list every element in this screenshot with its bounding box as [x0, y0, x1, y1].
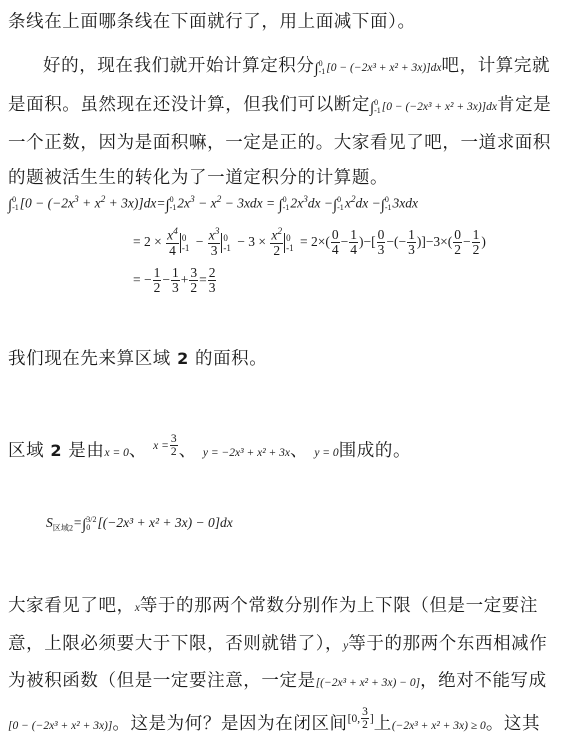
expression: [(−2x³ + x² + 3x) − 0]	[316, 677, 420, 689]
paragraph-line: 是面积。虽然现在还没计算，但我们可以断定∫0-1[0 − (−2x³ + x² …	[8, 91, 551, 117]
calculation-row-2: = 2 × x440-1 − x330-1 − 3 × x220-1 = 2×(…	[133, 228, 486, 258]
equation: y = −2x³ + x² + 3x	[203, 447, 290, 459]
paragraph-line: 为被积函数（但是一定要注意，一定是[(−2x³ + x² + 3x) − 0]，…	[8, 667, 547, 692]
text: 是由	[68, 441, 104, 461]
equation: x = 0	[104, 447, 128, 459]
text: 区域	[8, 441, 44, 461]
region-number: 2	[177, 349, 189, 368]
expression: [0 − (−2x³ + x² + 3x)]	[8, 720, 112, 732]
text: 等于的那两个东西相减作	[348, 634, 547, 654]
text: 条线在上面哪条线在下面就行了，用上面减下面）。	[8, 12, 416, 32]
calculation-row-3: = −12−13+32=23	[133, 266, 217, 295]
paragraph-line: 区域 2 是由x = 0、 x =32、 y = −2x³ + x² + 3x、…	[8, 437, 411, 464]
text: 围成的。	[339, 441, 411, 461]
text: 等于的那两个常数分别作为上下限（但是一定要注	[140, 596, 538, 616]
text: 一个正数，因为是面积嘛，一定是正的。大家看见了吧，一道求面积	[8, 133, 551, 153]
inline-integral: ∫0-1[0 − (−2x³ + x² + 3x)]dx	[315, 62, 442, 74]
region-number: 2	[50, 441, 62, 460]
equation: x =32	[153, 433, 179, 458]
paragraph-line: 好的，现在我们就开始计算定积分∫0-1[0 − (−2x³ + x² + 3x)…	[43, 52, 550, 78]
text: 。这是为何？是因为在闭区间	[112, 714, 347, 734]
text: ，绝对不能写成	[420, 671, 547, 691]
paragraph-line: 的题被活生生的转化为了一道定积分的计算题。	[8, 164, 388, 189]
expression: (−2x³ + x² + 3x) ≥ 0	[392, 720, 486, 732]
paragraph-line: 大家看见了吧，x等于的那两个常数分别作为上下限（但是一定要注	[8, 592, 538, 617]
text: 是面积。虽然现在还没计算，但我们可以断定	[8, 95, 370, 115]
calculation-row-1: ∫0-1[0 − (−2x3 + x2 + 3x)]dx=∫0-12x3 − x…	[8, 195, 418, 215]
text: 的面积。	[195, 349, 267, 369]
text: 意，上限必须要大于下限，否则就错了），	[8, 634, 343, 654]
paragraph-line: 我们现在先来算区域 2 的面积。	[8, 345, 267, 370]
paragraph-line: 意，上限必须要大于下限，否则就错了），y等于的那两个东西相减作	[8, 630, 547, 655]
text: 肯定是	[497, 95, 551, 115]
text: 我们现在先来算区域	[8, 349, 171, 369]
variable: y	[343, 640, 348, 652]
paragraph-line: 一个正数，因为是面积嘛，一定是正的。大家看见了吧，一道求面积	[8, 129, 551, 154]
text: 。这其	[486, 714, 540, 734]
paragraph-line: [0 − (−2x³ + x² + 3x)]。这是为何？是因为在闭区间[0,32…	[8, 710, 540, 737]
text: 上	[374, 714, 392, 734]
text: 好的，现在我们就开始计算定积分	[43, 56, 315, 76]
text: 为被积函数（但是一定要注意，一定是	[8, 671, 316, 691]
text: 吧，计算完就	[442, 56, 551, 76]
area-formula: S区域2=∫3/20[(−2x³ + x² + 3x) − 0]dx	[46, 515, 233, 534]
text: 的题被活生生的转化为了一道定积分的计算题。	[8, 168, 388, 188]
paragraph-line: 条线在上面哪条线在下面就行了，用上面减下面）。	[8, 8, 416, 33]
text: 大家看见了吧，	[8, 596, 135, 616]
variable: x	[135, 602, 140, 614]
interval: [0,32]	[348, 706, 374, 731]
equation: y = 0	[314, 447, 338, 459]
inline-integral: ∫0-1[0 − (−2x³ + x² + 3x)]dx	[370, 101, 497, 113]
